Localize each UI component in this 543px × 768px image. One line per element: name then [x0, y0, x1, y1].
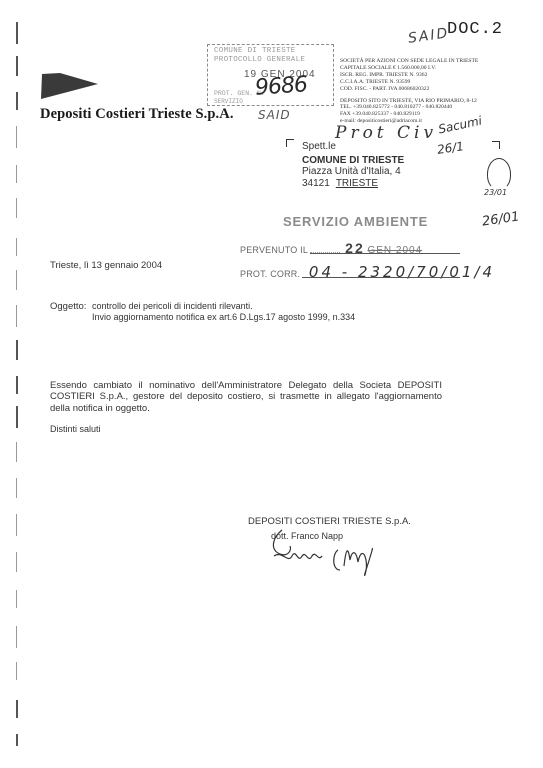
subject-line: Invio aggiornamento notifica ex art.6 D.…	[92, 312, 355, 323]
scan-edge-mark	[16, 92, 18, 110]
handwritten-date: 23/01	[484, 188, 507, 197]
protcorr-value: 04 - 2320/70/01/4	[309, 263, 495, 281]
subject-label: Oggetto:	[50, 301, 86, 312]
scan-edge-mark	[16, 734, 18, 746]
scan-edge-mark	[16, 590, 17, 608]
service-stamp-title: SERVIZIO AMBIENTE	[283, 214, 428, 229]
subject-line: controllo dei pericoli di incidenti rile…	[92, 301, 355, 312]
handwritten-note: Prot Civ	[335, 123, 437, 143]
addressee-block: Spett.le COMUNE DI TRIESTE Piazza Unità …	[302, 141, 404, 189]
legal-line: COD. FISC. - PART. IVA 00686020322	[340, 86, 478, 93]
received-month: GEN 2004	[367, 245, 422, 256]
scan-edge-mark	[16, 165, 17, 183]
protocol-number: 9686	[254, 72, 308, 101]
scan-edge-mark	[16, 376, 18, 394]
address-corner-mark	[492, 141, 500, 149]
scan-edge-mark	[16, 442, 17, 462]
scan-edge-mark	[16, 126, 17, 148]
handwritten-date-text: 26/01	[481, 209, 520, 229]
scan-edge-mark	[16, 406, 18, 428]
protcorr-label: PROT. CORR.	[240, 269, 300, 279]
received-label: PERVENUTO IL	[240, 245, 308, 255]
pennant-flag-icon	[40, 72, 98, 100]
addressee-street: Piazza Unità d'Italia, 4	[302, 166, 404, 178]
legal-line: ISCR. REG. IMPR. TRIESTE N. 9362	[340, 72, 478, 79]
addressee-city: TRIESTE	[336, 178, 378, 189]
scan-edge-mark	[16, 305, 17, 327]
scan-edge-mark	[16, 238, 17, 256]
stamp-line: PROTOCOLLO GENERALE	[214, 56, 305, 65]
scan-edge-mark	[16, 56, 18, 76]
legal-line: CAPITALE SOCIALE € 1.560.000,00 I.V.	[340, 65, 478, 72]
protocol-correspondence: PROT. CORR. 04 - 2320/70/01/4	[240, 263, 495, 281]
address-corner-mark	[286, 139, 294, 147]
company-name: Depositi Costieri Trieste S.p.A.	[40, 106, 234, 123]
scan-edge-mark	[16, 270, 17, 290]
protcorr-underline	[302, 277, 460, 278]
handwritten-date: 26/01	[481, 209, 520, 229]
handwritten-date: 26/1	[436, 139, 465, 157]
handwritten-note: SAID	[258, 108, 291, 122]
company-legal-details: SOCIETÀ PER AZIONI CON SEDE LEGALE IN TR…	[340, 58, 478, 125]
scan-edge-mark	[16, 514, 17, 536]
scan-edge-mark	[16, 198, 17, 218]
scan-edge-mark	[16, 478, 17, 498]
depot-line: TEL. +39.040.825772 - 040.810277 - 040.8…	[340, 104, 478, 111]
handwritten-note: SAID	[407, 25, 450, 47]
stamp-servizio-label: SERVIZIO	[214, 97, 243, 106]
legal-line: C.C.I.A.A. TRIESTE N. 93599	[340, 79, 478, 86]
place-date: Trieste, lì 13 gennaio 2004	[50, 260, 162, 271]
scan-edge-mark	[16, 340, 18, 360]
subject-text: controllo dei pericoli di incidenti rile…	[92, 301, 355, 323]
letter-body: Essendo cambiato il nominativo dell'Ammi…	[50, 380, 442, 414]
depot-line: DEPOSITO SITO IN TRIESTE, VIA RIO PRIMAR…	[340, 98, 478, 105]
addressee-name: COMUNE DI TRIESTE	[302, 155, 404, 167]
document-label: DOC.2	[447, 20, 503, 39]
handwritten-signature	[262, 520, 412, 585]
stamp-line: COMUNE DI TRIESTE	[214, 47, 296, 56]
scan-edge-mark	[16, 700, 18, 718]
scan-edge-mark	[16, 22, 18, 44]
legal-line: SOCIETÀ PER AZIONI CON SEDE LEGALE IN TR…	[340, 58, 478, 65]
scan-edge-mark	[16, 662, 17, 680]
addressee-city-line: 34121TRIESTE	[302, 178, 404, 190]
scan-edge-mark	[16, 552, 17, 572]
handwritten-initial	[487, 158, 511, 190]
received-underline	[310, 253, 460, 254]
addressee-postcode: 34121	[302, 178, 330, 189]
scan-edge-mark	[16, 626, 17, 648]
closing: Distinti saluti	[50, 424, 101, 434]
